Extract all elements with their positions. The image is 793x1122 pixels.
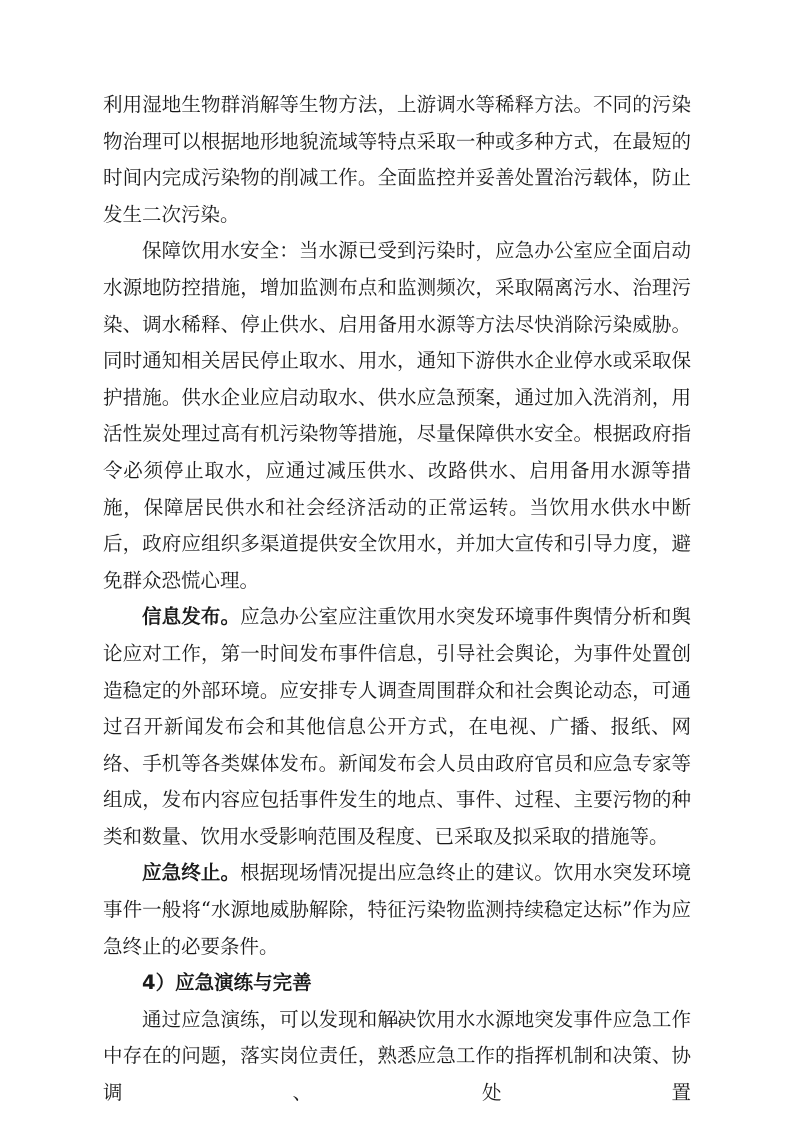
- page-number: 115: [0, 1013, 793, 1028]
- paragraph-body-info-release: 应急办公室应注重饮用水突发环境事件舆情分析和舆论应对工作，第一时间发布事件信息，…: [103, 605, 691, 848]
- paragraph-info-release: 信息发布。应急办公室应注重饮用水突发环境事件舆情分析和舆论应对工作，第一时间发布…: [103, 599, 691, 855]
- paragraph-lead-emergency-termination: 应急终止。: [142, 861, 240, 884]
- paragraph-drinking-water-safety: 保障饮用水安全：当水源已受到污染时，应急办公室应全面启动水源地防控措施，增加监测…: [103, 233, 691, 599]
- paragraph-continuation: 利用湿地生物群消解等生物方法，上游调水等稀释方法。不同的污染物治理可以根据地形地…: [103, 87, 691, 233]
- document-page: 利用湿地生物群消解等生物方法，上游调水等稀释方法。不同的污染物治理可以根据地形地…: [103, 87, 691, 1112]
- paragraph-emergency-termination: 应急终止。根据现场情况提出应急终止的建议。饮用水突发环境事件一般将“水源地威胁解…: [103, 855, 691, 965]
- paragraph-lead-info-release: 信息发布。: [142, 605, 240, 628]
- section-heading: 4）应急演练与完善: [103, 965, 691, 1002]
